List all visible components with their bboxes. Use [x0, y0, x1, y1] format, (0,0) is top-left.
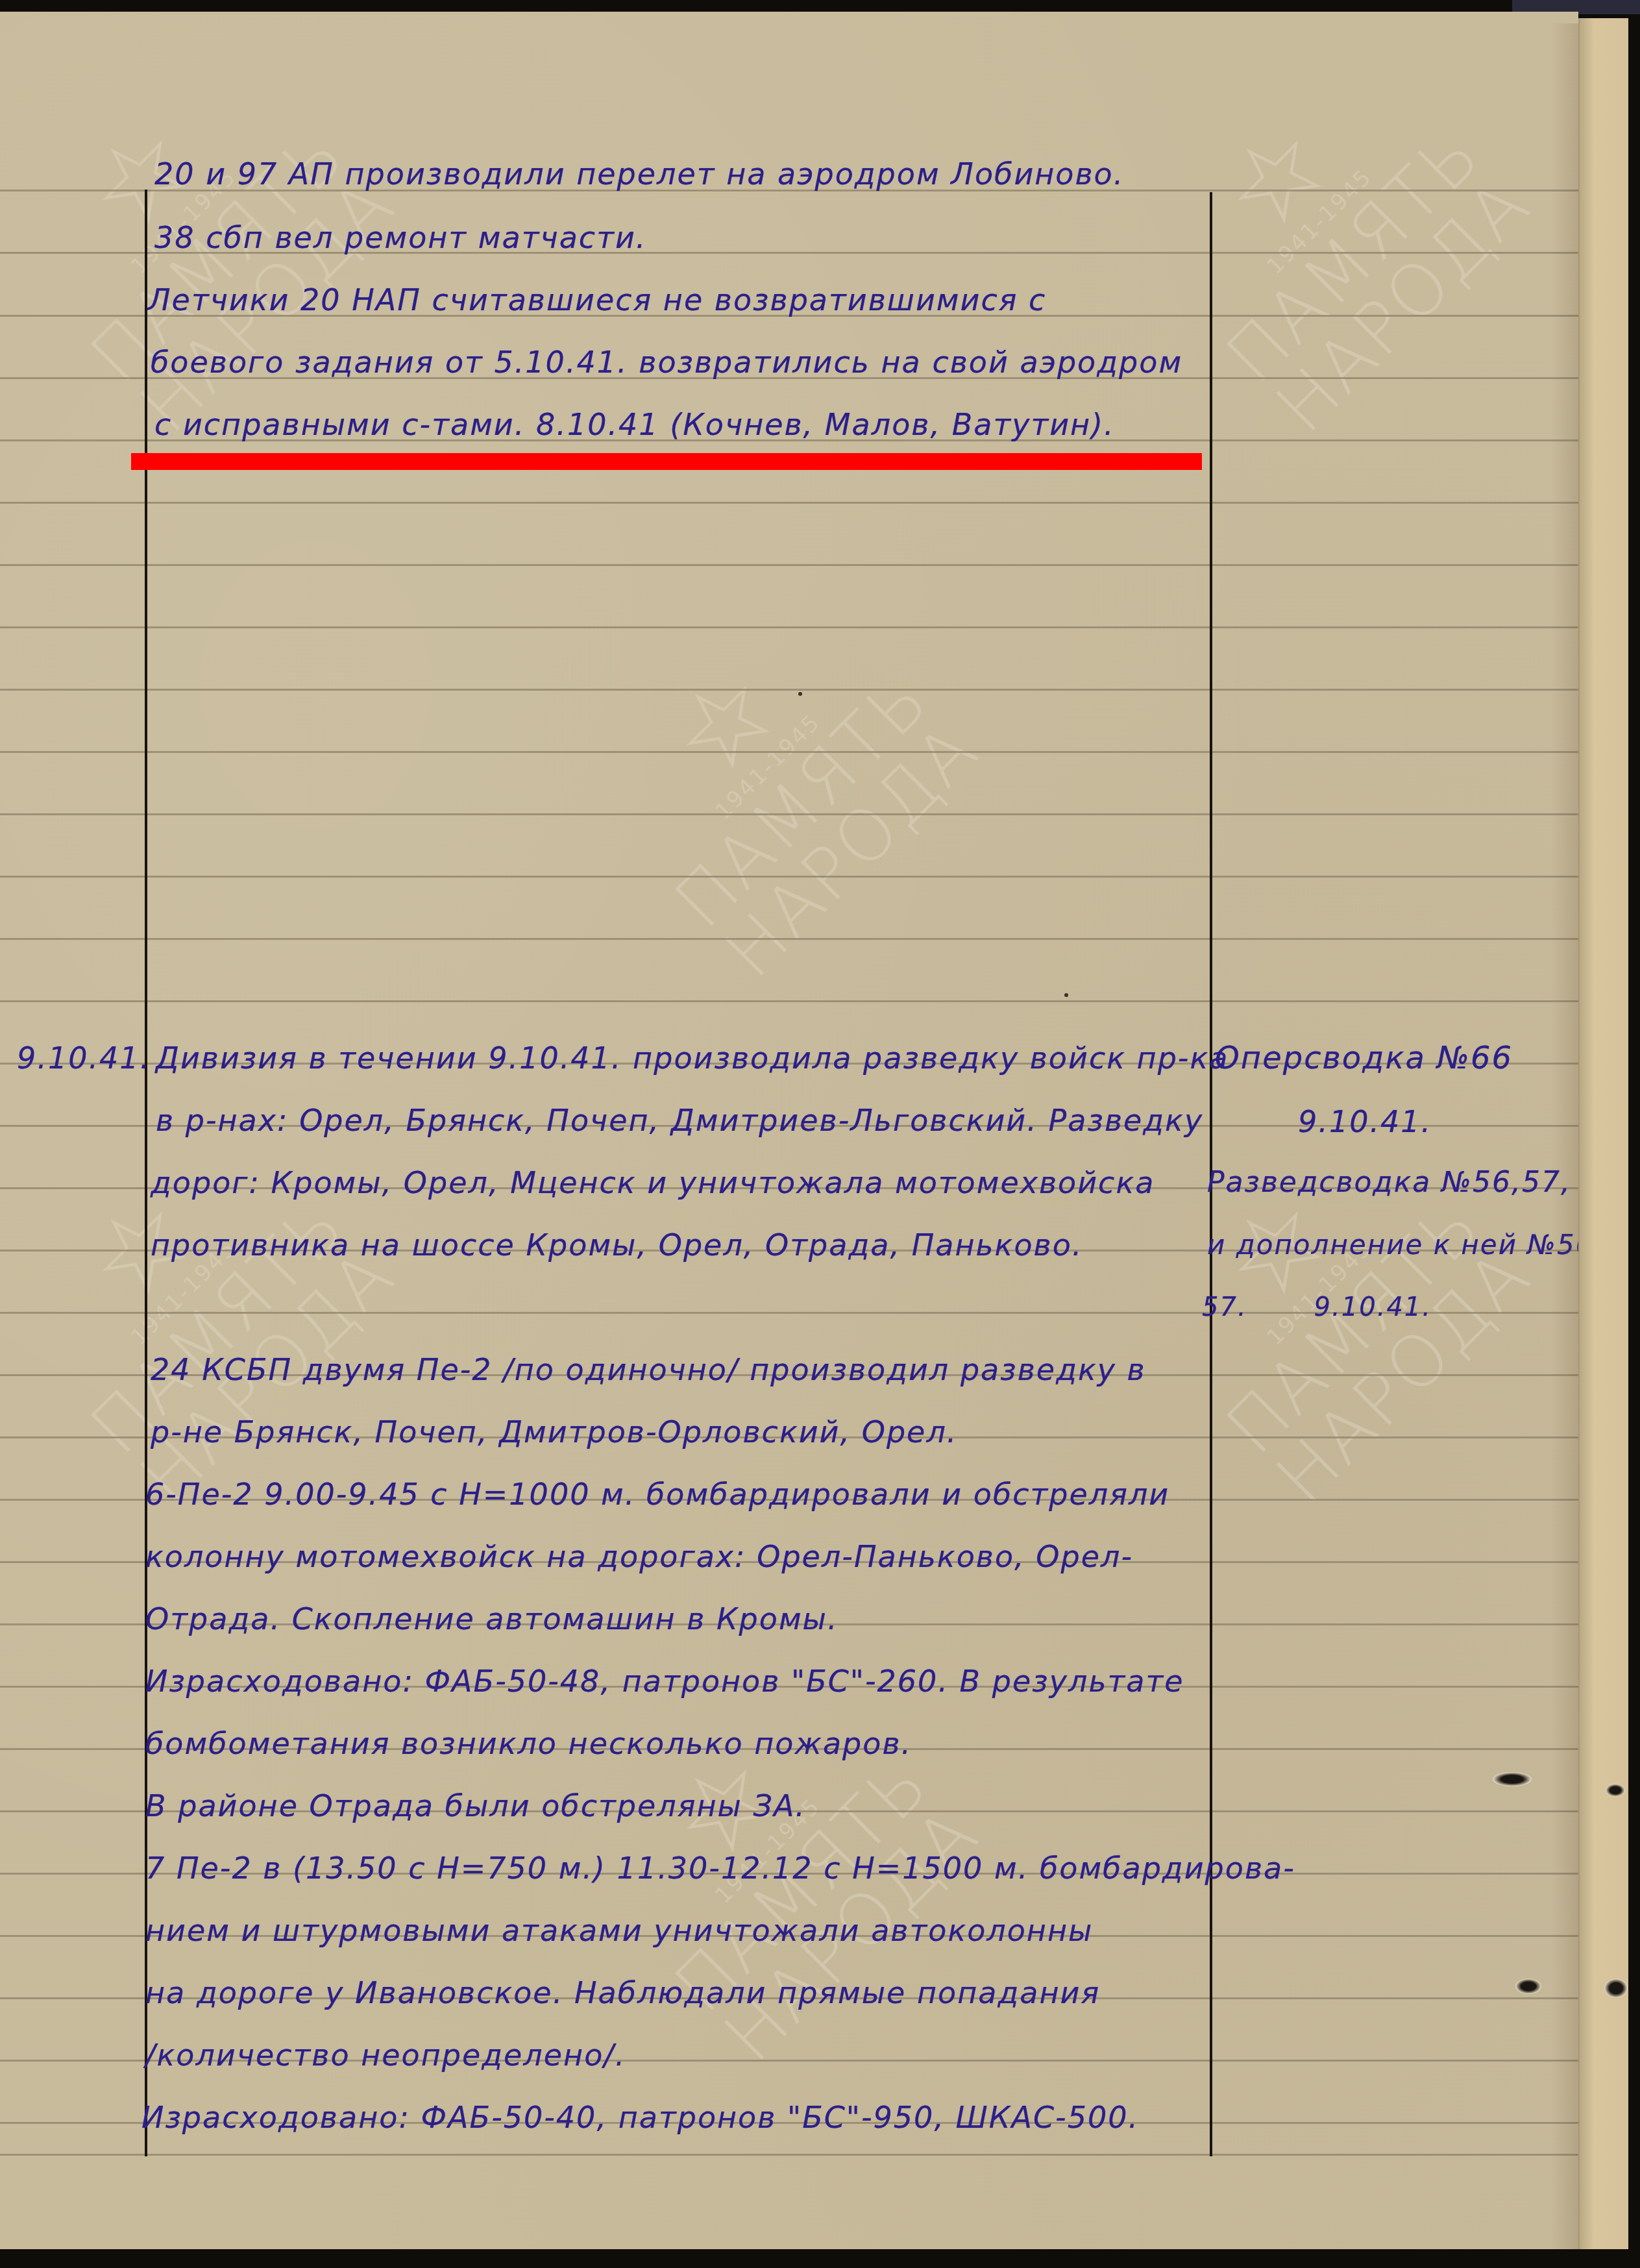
watermark-mid-right: ☆ 1941-1945 ПАМЯТЬ НАРОДА	[1118, 1091, 1595, 1568]
ruled-line	[0, 938, 1627, 940]
punch-hole	[1515, 1978, 1541, 1994]
entry-date: 9.10.41.	[17, 1039, 151, 1078]
document-page: ☆ 1941-1945 ПАМЯТЬ НАРОДА ☆ 1941-1945 ПА…	[0, 12, 1578, 2254]
entry-prev-line: Летчики 20 НАП считавшиеся не возвративш…	[148, 280, 1046, 319]
entry-main-line: в р-нах: Орел, Брянск, Почеп, Дмитриев-Л…	[156, 1101, 1203, 1140]
entry-main-line: 7 Пе-2 в (13.50 с Н=750 м.) 11.30-12.12 …	[145, 1849, 1295, 1888]
ruled-line	[0, 502, 1627, 504]
entry-main-line: нием и штурмовыми атаками уничтожали авт…	[145, 1911, 1093, 1950]
ruled-line	[0, 626, 1627, 628]
entry-main-line: дорог: Кромы, Орел, Мценск и уничтожала …	[151, 1163, 1155, 1202]
ruled-line	[0, 1000, 1627, 1002]
red-highlight-line	[131, 453, 1202, 470]
punch-hole	[1604, 1978, 1628, 1998]
entry-main-line: 6-Пе-2 9.00-9.45 с Н=1000 м. бомбардиров…	[145, 1475, 1169, 1514]
star-icon: ☆	[566, 565, 883, 881]
entry-main-line: Отрада. Скопление автомашин в Кромы.	[145, 1599, 838, 1638]
ruled-line	[0, 564, 1627, 566]
ink-speck	[798, 692, 802, 696]
watermark-top-right: ☆ 1941-1945 ПАМЯТЬ НАРОДА	[1118, 19, 1595, 497]
entry-main-line: р-не Брянск, Почеп, Дмитров-Орловский, О…	[151, 1412, 957, 1451]
entry-prev-line: с исправными с-тами. 8.10.41 (Кочнев, Ма…	[154, 405, 1115, 444]
entry-main-line: противника на шоссе Кромы, Орел, Отрада,…	[151, 1226, 1083, 1264]
entry-main-line: /количество неопределено/.	[145, 2036, 626, 2075]
source-line: Разведсводка №56,57,	[1207, 1163, 1571, 1202]
entry-prev-line: 20 и 97 АП производили перелет на аэродр…	[154, 154, 1124, 193]
entry-main-line: В районе Отрада были обстреляны ЗА.	[145, 1786, 806, 1825]
page-edge-shadow	[1551, 23, 1578, 2266]
source-line: Оперсводка №66	[1215, 1039, 1513, 1078]
source-line: 9.10.41.	[1298, 1102, 1432, 1141]
punch-hole	[1606, 1784, 1625, 1797]
page-fold-edge	[1578, 18, 1628, 2251]
ruled-line	[0, 813, 1627, 815]
entry-main-line: на дороге у Ивановское. Наблюдали прямые…	[145, 1973, 1100, 2012]
ruled-line	[0, 876, 1627, 878]
punch-hole	[1493, 1772, 1532, 1786]
source-line: 57. 9.10.41.	[1202, 1288, 1432, 1327]
entry-prev-line: 38 сбп вел ремонт матчасти.	[154, 218, 646, 257]
entry-main-line: колонну мотомехвойск на дорогах: Орел-Па…	[145, 1537, 1133, 1576]
entry-prev-line: боевого задания от 5.10.41. возвратились…	[151, 343, 1182, 382]
scan-bottom-edge	[0, 2249, 1640, 2268]
entry-main-line: Израсходовано: ФАБ-50-48, патронов "БС"-…	[145, 1662, 1184, 1701]
ink-speck	[1064, 993, 1068, 997]
ruled-line	[0, 751, 1627, 753]
watermark-bottom-center: ☆ 1941-1945 ПАМЯТЬ НАРОДА	[566, 1649, 1043, 2126]
source-line: и дополнение к ней №56,	[1207, 1226, 1604, 1264]
entry-main-line: 24 КСБП двумя Пе-2 /по одиночно/ произво…	[151, 1350, 1146, 1389]
watermark-center: ☆ 1941-1945 ПАМЯТЬ НАРОДА	[566, 565, 1043, 1042]
ruled-line	[0, 689, 1627, 691]
ruled-line	[0, 2154, 1627, 2156]
entry-main-line: Дивизия в течении 9.10.41. производила р…	[156, 1039, 1229, 1078]
star-icon: ☆	[1118, 19, 1434, 336]
entry-main-line: бомбометания возникло несколько пожаров.	[145, 1724, 912, 1763]
entry-main-line: Израсходовано: ФАБ-50-40, патронов "БС"-…	[141, 2098, 1139, 2137]
